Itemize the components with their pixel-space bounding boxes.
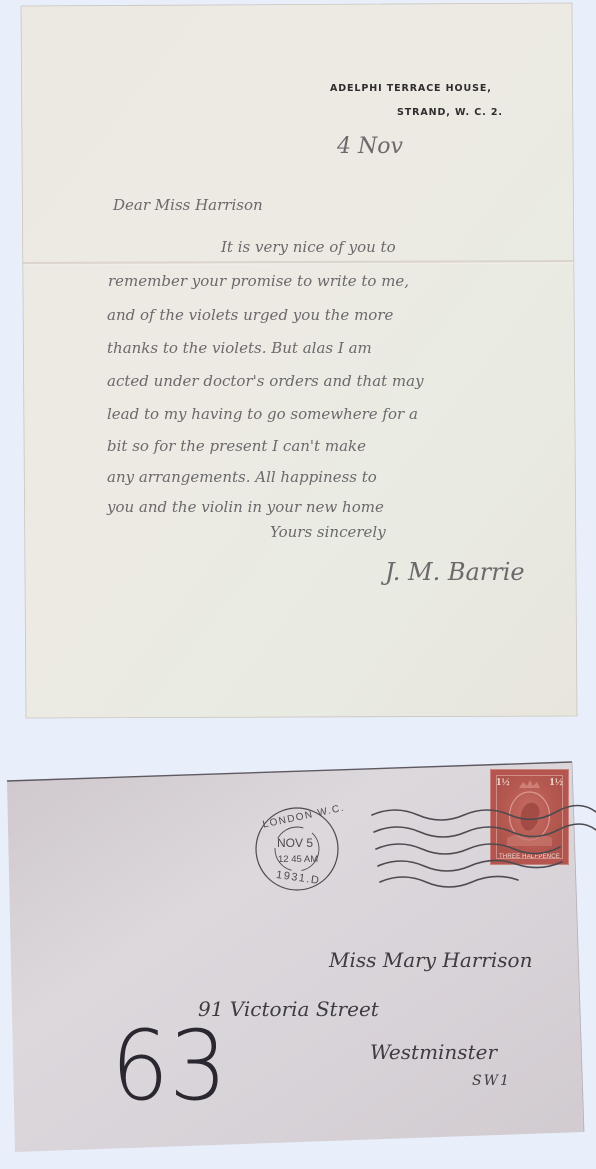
address-postcode: SW1: [472, 1073, 511, 1089]
pencil-reference-number: 63: [111, 1018, 227, 1114]
postmark-date: NOV 5: [277, 836, 313, 850]
postage-stamp: 1½ 1½ THREE HALFPENCE: [491, 770, 568, 864]
postmark-time: 12 45 AM: [278, 854, 318, 865]
address-district: Westminster: [370, 1040, 497, 1064]
stamp-value-right: 1½: [549, 776, 563, 788]
stamp-caption: THREE HALFPENCE: [497, 854, 562, 860]
address-recipient-name: Miss Mary Harrison: [329, 948, 532, 972]
stamp-value-left: 1½: [496, 776, 510, 788]
